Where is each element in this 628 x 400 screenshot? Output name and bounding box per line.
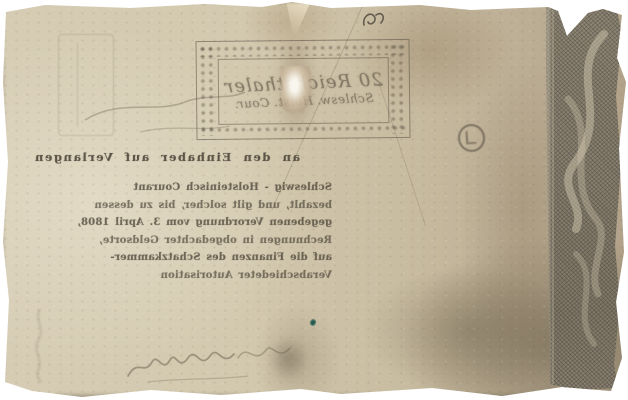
paper-edge-shadow-bottom <box>55 392 616 399</box>
photo-of-banknote-reverse: 20 Reichsthaler Schlesw. Holst. Cour. an… <box>0 0 628 400</box>
mirrored-text-line: Schleswig - Holsteinisch Courant <box>28 179 332 197</box>
mirrored-heading-line: an den Einhaber auf Verlangen <box>28 150 300 164</box>
faint-margin-script <box>26 305 56 385</box>
mirrored-text-line: auf die Finanzen des Schatzkammer- <box>28 249 332 267</box>
printed-ornament-band <box>546 4 622 390</box>
ink-annotation-mark <box>360 7 390 33</box>
stamp-ornament-border <box>390 43 407 134</box>
paper-edge-shadow-left <box>0 60 6 360</box>
mirrored-text-line: Verabschiedeter Autorisation <box>28 267 332 285</box>
band-script-flourish <box>546 4 622 390</box>
paper-silhouette: 20 Reichsthaler Schlesw. Holst. Cour. an… <box>0 0 628 400</box>
paper-edge-shadow-top <box>0 0 628 5</box>
white-damage-spot <box>281 66 311 112</box>
mirrored-text-block: an den Einhaber auf Verlangen Schleswig … <box>28 150 340 284</box>
mirrored-text-line: bezahlt, und gilt solcher, bis zu dessen <box>28 197 332 215</box>
mirrored-text-line: Rechnungen in obgedachter Geldsorte, <box>28 232 332 250</box>
stamp-ornament-border <box>200 45 217 136</box>
mirrored-text-line: gegebenen Verordnung vom 3. April 1808, <box>28 214 332 232</box>
ink-smudge <box>268 336 308 382</box>
